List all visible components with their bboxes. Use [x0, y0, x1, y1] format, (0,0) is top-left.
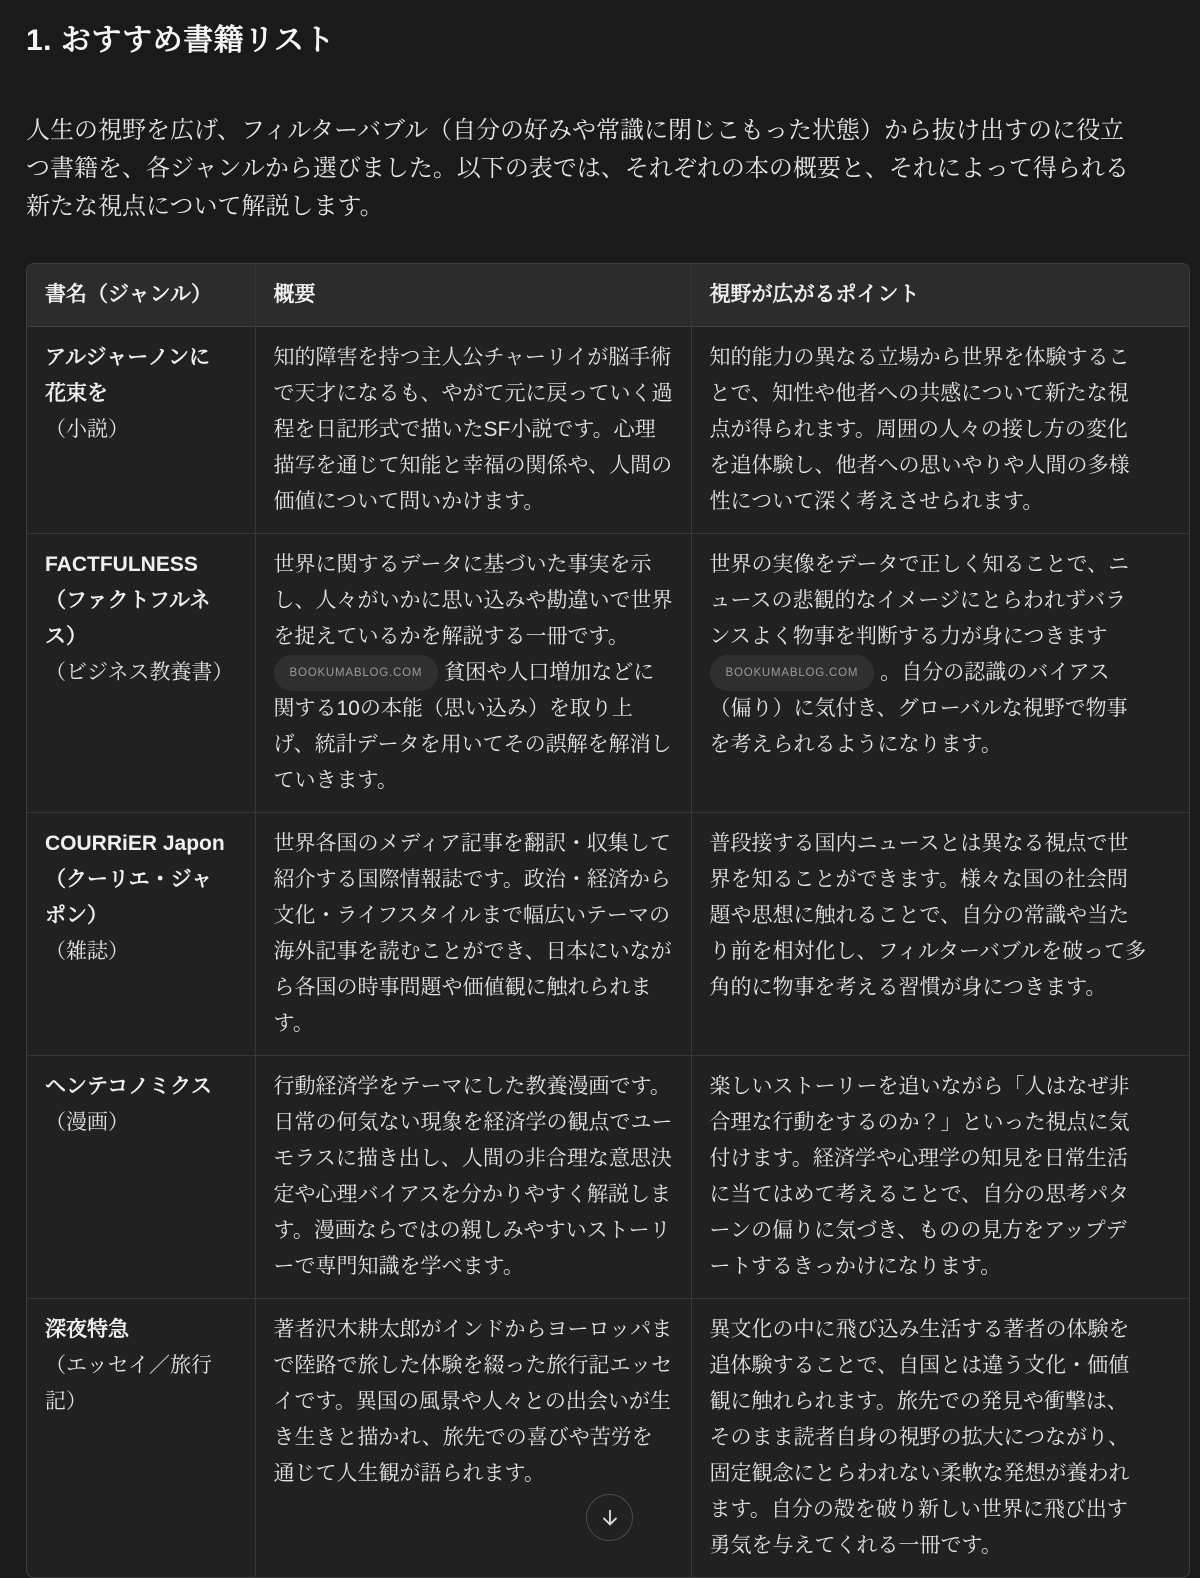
- book-title: 深夜特急: [45, 1312, 231, 1348]
- bookumablog-watermark-badge: BOOKUMABLOG.COM: [710, 655, 875, 691]
- summary-text: 行動経済学をテーマにした教養漫画です。日常の何気ない現象を経済学の観点でユーモラ…: [274, 1075, 673, 1278]
- viewpoint-cell: 楽しいストーリーを追いながら「人はなぜ非合理な行動をするのか？」といった視点に気…: [691, 1056, 1190, 1299]
- summary-cell: 著者沢木耕太郎がインドからヨーロッパまで陸路で旅した体験を綴った旅行記エッセイで…: [255, 1299, 691, 1578]
- summary-cell: 行動経済学をテーマにした教養漫画です。日常の何気ない現象を経済学の観点でユーモラ…: [255, 1056, 691, 1299]
- viewpoint-text: 楽しいストーリーを追いながら「人はなぜ非合理な行動をするのか？」といった視点に気…: [710, 1075, 1130, 1278]
- viewpoint-cell: 世界の実像をデータで正しく知ることで、ニュースの悲観的なイメージにとらわれずバラ…: [691, 534, 1190, 813]
- book-genre: （雑誌）: [45, 934, 231, 970]
- viewpoint-text: 普段接する国内ニュースとは異なる視点で世界を知ることができます。様々な国の社会問…: [710, 832, 1147, 999]
- books-table: 書名（ジャンル） 概要 視野が広がるポイント アルジャーノンに花束を （小説） …: [26, 263, 1190, 1578]
- book-name-cell: COURRiER Japon （クーリエ・ジャポン） （雑誌）: [27, 813, 255, 1056]
- table-row-courrier-japon: COURRiER Japon （クーリエ・ジャポン） （雑誌） 世界各国のメディ…: [27, 813, 1190, 1056]
- table-header-row: 書名（ジャンル） 概要 視野が広がるポイント: [27, 264, 1190, 327]
- summary-text: 世界各国のメディア記事を翻訳・収集して紹介する国際情報誌です。政治・経済から文化…: [274, 832, 672, 1035]
- viewpoint-cell: 知的能力の異なる立場から世界を体験することで、知性や他者への共感について新たな視…: [691, 327, 1190, 534]
- intro-paragraph: 人生の視野を広げ、フィルターバブル（自分の好みや常識に閉じこもった状態）から抜け…: [26, 112, 1146, 226]
- summary-text: 知的障害を持つ主人公チャーリイが脳手術で天才になるも、やがて元に戻っていく過程を…: [274, 346, 673, 513]
- document-body: 1. おすすめ書籍リスト 人生の視野を広げ、フィルターバブル（自分の好みや常識に…: [0, 0, 1200, 1578]
- book-reading: （ファクトフルネス）: [45, 583, 231, 655]
- book-reading: （クーリエ・ジャポン）: [45, 862, 231, 934]
- summary-text: 世界に関するデータに基づいた事実を示し、人々がいかに思い込みや勘違いで世界を捉え…: [274, 553, 673, 648]
- column-header-summary: 概要: [255, 264, 691, 327]
- book-genre: （ビジネス教養書）: [45, 655, 231, 691]
- book-title: FACTFULNESS: [45, 547, 231, 583]
- scroll-to-bottom-button[interactable]: [586, 1494, 633, 1541]
- viewpoint-cell: 普段接する国内ニュースとは異なる視点で世界を知ることができます。様々な国の社会問…: [691, 813, 1190, 1056]
- book-name-cell: アルジャーノンに花束を （小説）: [27, 327, 255, 534]
- book-genre: （エッセイ／旅行記）: [45, 1348, 231, 1420]
- summary-cell: 世界に関するデータに基づいた事実を示し、人々がいかに思い込みや勘違いで世界を捉え…: [255, 534, 691, 813]
- book-name-cell: FACTFULNESS （ファクトフルネス） （ビジネス教養書）: [27, 534, 255, 813]
- table-row-algernon: アルジャーノンに花束を （小説） 知的障害を持つ主人公チャーリイが脳手術で天才に…: [27, 327, 1190, 534]
- page-title: 1. おすすめ書籍リスト: [26, 22, 1174, 60]
- viewpoint-cell: 異文化の中に飛び込み生活する著者の体験を追体験することで、自国とは違う文化・価値…: [691, 1299, 1190, 1578]
- table-row-factfulness: FACTFULNESS （ファクトフルネス） （ビジネス教養書） 世界に関するデ…: [27, 534, 1190, 813]
- book-genre: （小説）: [45, 412, 231, 448]
- book-name-cell: ヘンテコノミクス （漫画）: [27, 1056, 255, 1299]
- column-header-title: 書名（ジャンル）: [27, 264, 255, 327]
- book-title: COURRiER Japon: [45, 826, 231, 862]
- table-row-hentekonomics: ヘンテコノミクス （漫画） 行動経済学をテーマにした教養漫画です。日常の何気ない…: [27, 1056, 1190, 1299]
- book-name-cell: 深夜特急 （エッセイ／旅行記）: [27, 1299, 255, 1578]
- viewpoint-text: 世界の実像をデータで正しく知ることで、ニュースの悲観的なイメージにとらわれずバラ…: [710, 553, 1130, 648]
- column-header-viewpoint: 視野が広がるポイント: [691, 264, 1190, 327]
- book-genre: （漫画）: [45, 1105, 231, 1141]
- book-title: ヘンテコノミクス: [45, 1069, 231, 1105]
- summary-cell: 知的障害を持つ主人公チャーリイが脳手術で天才になるも、やがて元に戻っていく過程を…: [255, 327, 691, 534]
- viewpoint-text: 知的能力の異なる立場から世界を体験することで、知性や他者への共感について新たな視…: [710, 346, 1130, 513]
- summary-cell: 世界各国のメディア記事を翻訳・収集して紹介する国際情報誌です。政治・経済から文化…: [255, 813, 691, 1056]
- viewpoint-text: 異文化の中に飛び込み生活する著者の体験を追体験することで、自国とは違う文化・価値…: [710, 1318, 1130, 1557]
- summary-text: 著者沢木耕太郎がインドからヨーロッパまで陸路で旅した体験を綴った旅行記エッセイで…: [274, 1318, 673, 1485]
- bookumablog-watermark-badge: BOOKUMABLOG.COM: [274, 655, 439, 691]
- book-title: アルジャーノンに花束を: [45, 340, 231, 412]
- down-arrow-icon: [599, 1507, 621, 1529]
